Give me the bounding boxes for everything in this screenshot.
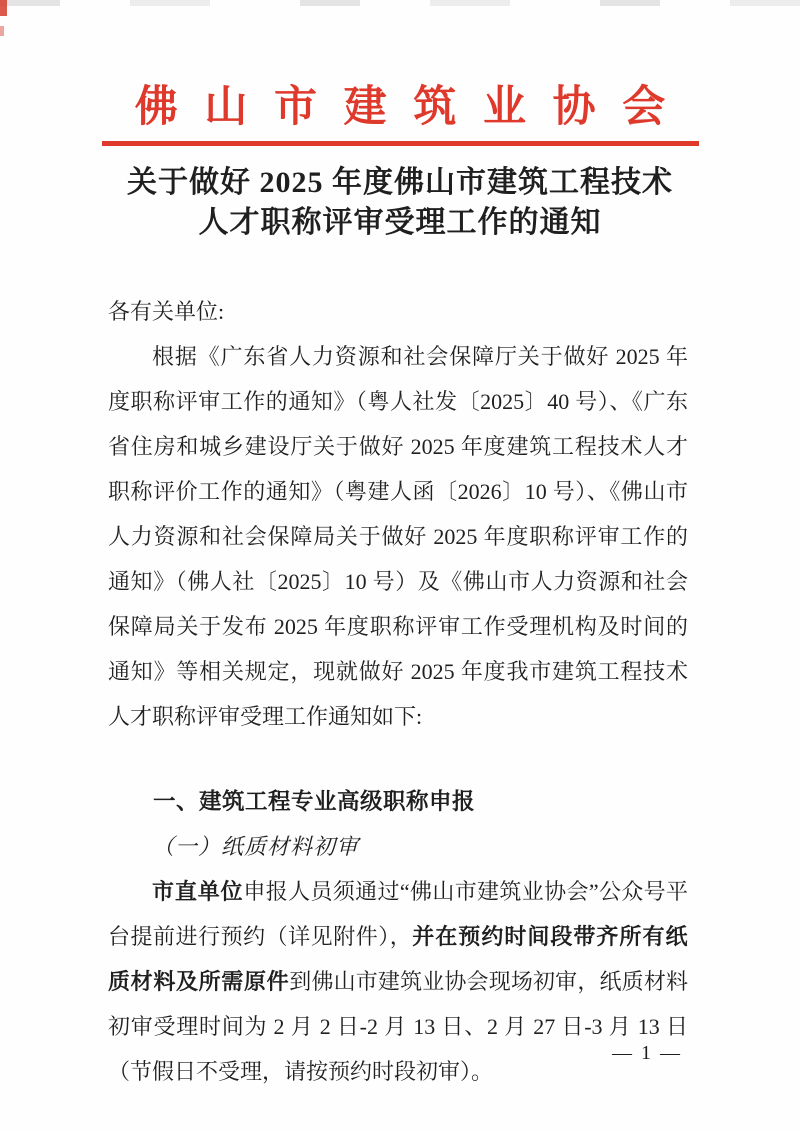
notice-title-line1: 关于做好 2025 年度佛山市建筑工程技术 <box>0 163 800 203</box>
scan-artifact-red-corner <box>0 0 7 16</box>
scanned-notice-page: 佛山市建筑业协会 关于做好 2025 年度佛山市建筑工程技术 人才职称评审受理工… <box>0 0 800 1131</box>
scan-artifact-red-corner-small <box>0 26 4 36</box>
section1-subheading: （一）纸质材料初审 <box>108 824 688 869</box>
intro-paragraph: 根据《广东省人力资源和社会保障厅关于做好 2025 年度职称评审工作的通知》（粤… <box>108 334 688 739</box>
scan-artifact-top-edge <box>0 0 800 6</box>
notice-title: 关于做好 2025 年度佛山市建筑工程技术 人才职称评审受理工作的通知 <box>0 163 800 243</box>
notice-title-line2: 人才职称评审受理工作的通知 <box>0 203 800 243</box>
org-name-header: 佛山市建筑业协会 <box>40 84 760 131</box>
salutation: 各有关单位: <box>108 289 688 334</box>
page-number: — 1 — <box>612 1042 682 1065</box>
red-divider-rule <box>102 141 699 146</box>
document-body: 各有关单位: 根据《广东省人力资源和社会保障厅关于做好 2025 年度职称评审工… <box>108 289 688 1094</box>
submission-seg-bold-1: 市直单位 <box>152 879 243 904</box>
submission-paragraph: 市直单位申报人员须通过“佛山市建筑业协会”公众号平台提前进行预约（详见附件），并… <box>108 869 688 1094</box>
section1-heading: 一、建筑工程专业高级职称申报 <box>108 779 688 824</box>
